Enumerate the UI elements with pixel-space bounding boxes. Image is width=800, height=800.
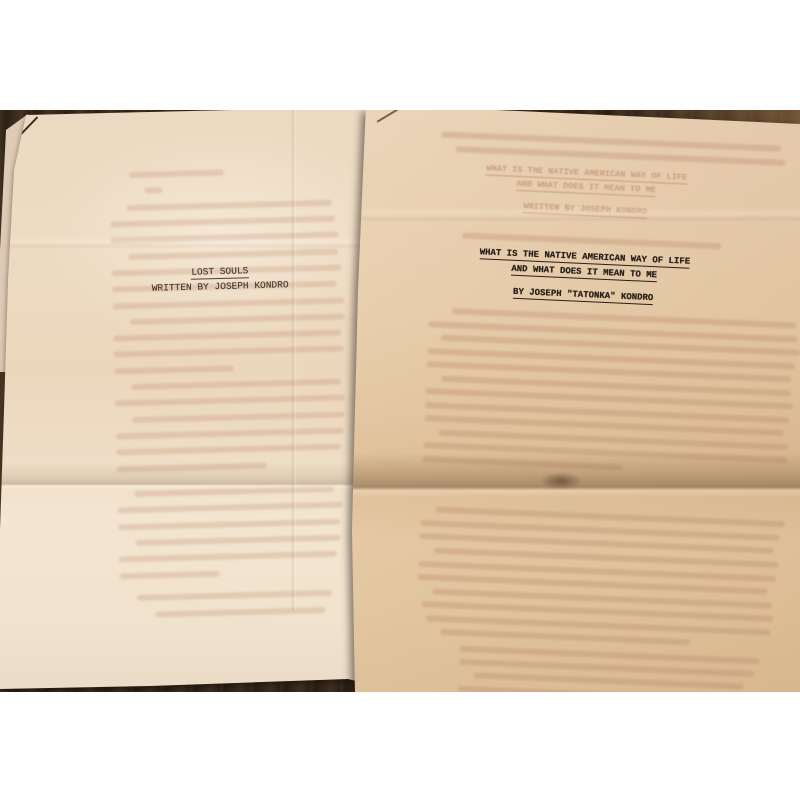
right-page-shadow-wrap: WHAT IS THE NATIVE AMERICAN WAY OF LIFE … (0, 110, 800, 692)
fold-crease (352, 206, 800, 222)
ghost-text-line (440, 629, 690, 645)
photo-of-manuscripts: LOST SOULS WRITTEN BY JOSEPH KONDRO WHAT… (0, 0, 800, 800)
photo-area: LOST SOULS WRITTEN BY JOSEPH KONDRO WHAT… (0, 110, 800, 692)
fold-crease-pinch (540, 472, 582, 490)
right-page: WHAT IS THE NATIVE AMERICAN WAY OF LIFE … (0, 110, 800, 692)
